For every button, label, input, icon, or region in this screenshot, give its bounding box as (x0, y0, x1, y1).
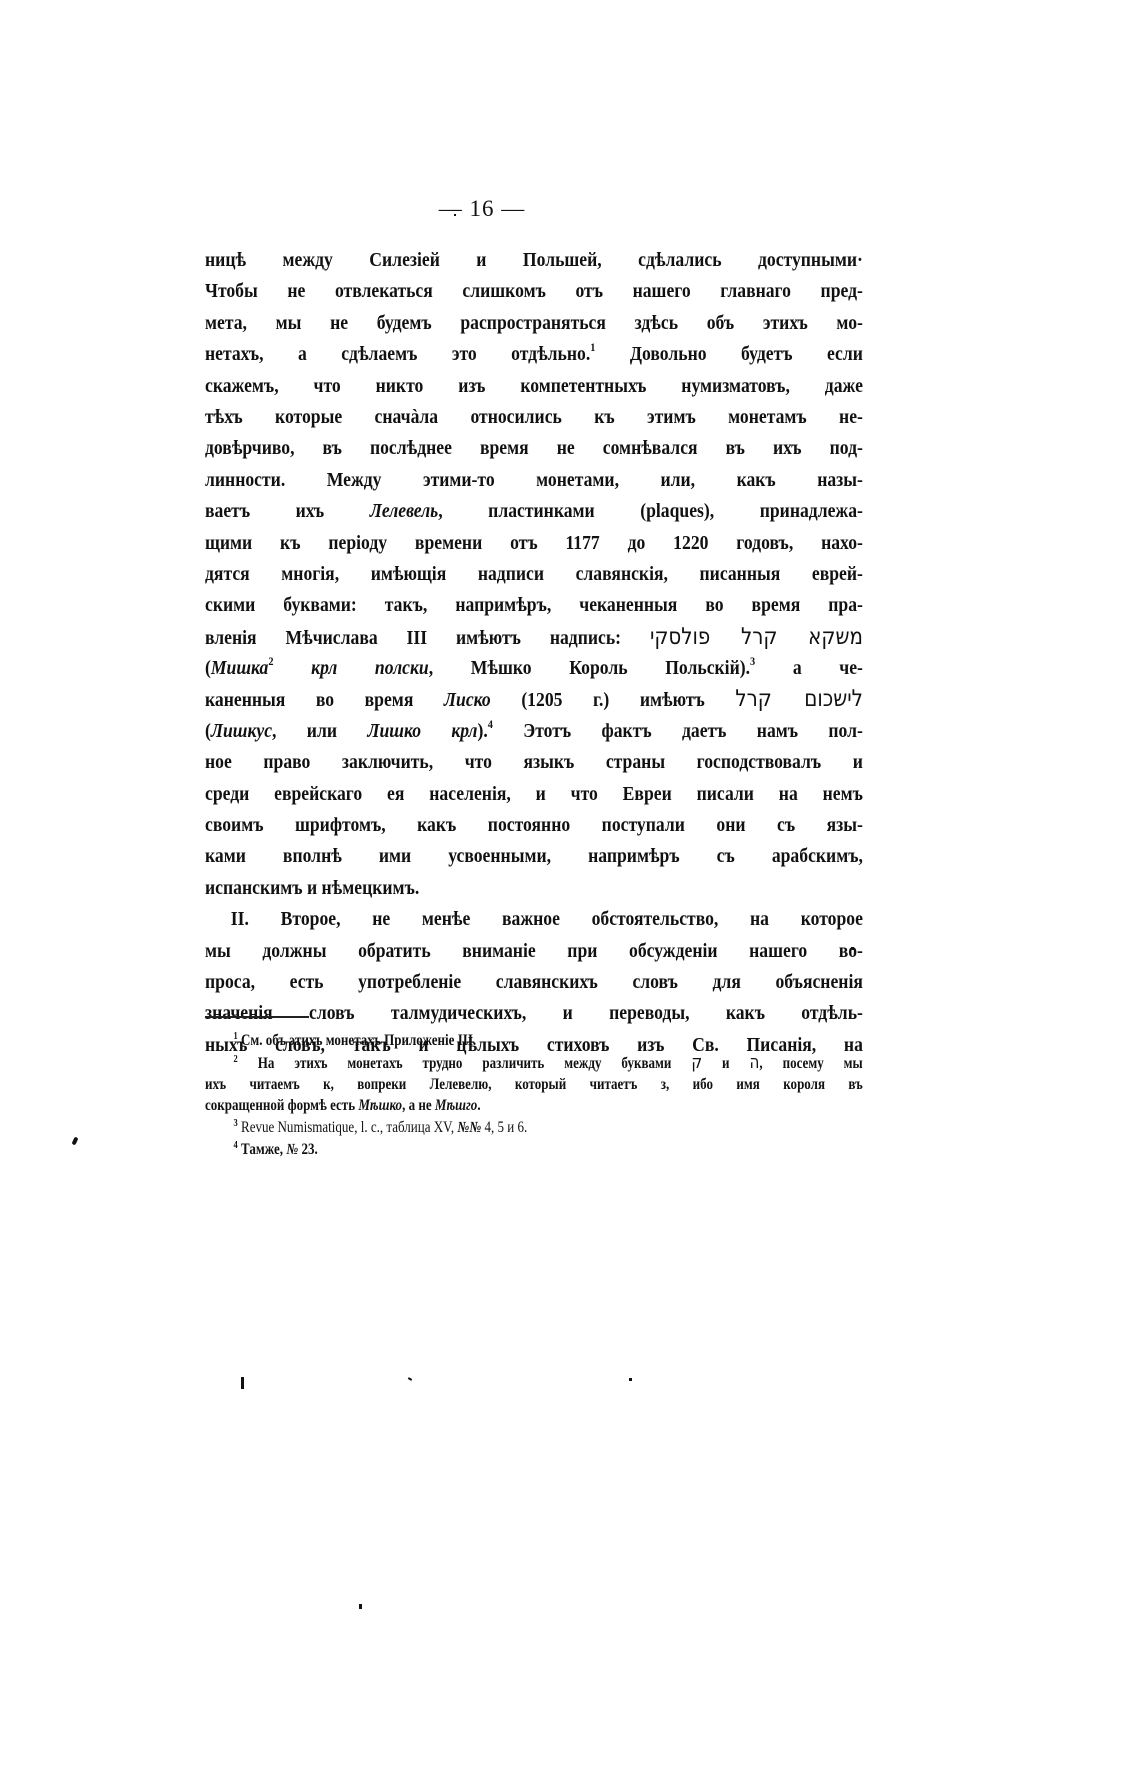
text-span: каненныя во время (205, 689, 413, 711)
text-span: ). (477, 720, 487, 742)
footnote-ref-2[interactable]: 2 (268, 654, 273, 668)
text-line: ваетъ ихъ Лелевель, пластинками (plaques… (205, 496, 863, 527)
footnote-2-cont: сокращенной формѣ есть Мѣшко, а не Мѣшго… (205, 1095, 863, 1117)
italic-transliteration: крл полски (311, 657, 429, 679)
text-span: , Мѣшко Король Польскій). (429, 657, 750, 679)
text-span: вленія Мѣчислава III имѣютъ надпись: (205, 627, 621, 649)
numero-sign: №№ (457, 1119, 481, 1136)
text-span: Довольно будетъ если (630, 343, 863, 365)
footnote-text: и (722, 1055, 730, 1072)
footnote-text: Тамже, (241, 1141, 283, 1158)
scan-speck (629, 1378, 632, 1381)
footnote-marker: 1 (234, 1031, 238, 1042)
footnote-text: 23. (301, 1141, 317, 1158)
text-line: своимъ шрифтомъ, какъ постоянно поступал… (205, 810, 863, 841)
footnotes: 1 См. объ этихъ монетахъ Приложеніе III.… (205, 1030, 863, 1161)
scan-speck (241, 1377, 244, 1389)
scan-speck (454, 214, 456, 216)
numero-sign: № (286, 1141, 298, 1158)
text-line: довѣрчиво, въ послѣднее время не сомнѣва… (205, 433, 863, 464)
text-line: скими буквами: такъ, напримѣръ, чеканенн… (205, 590, 863, 621)
hebrew-letter-he: ה (750, 1052, 760, 1073)
text-line: каненныя во время Лиско (1205 г.) имѣютъ… (205, 684, 863, 715)
text-line: дятся многія, имѣющія надписи славянскія… (205, 559, 863, 590)
text-line: линности. Между этими-то монетами, или, … (205, 465, 863, 496)
paragraph-start: II. Второе, не менѣе важное обстоятельст… (205, 904, 863, 935)
text-line: Чтобы не отвлекаться слишкомъ отъ нашего… (205, 276, 863, 307)
scan-speck (851, 947, 854, 950)
text-line: ное право заключить, что языкъ страны го… (205, 747, 863, 778)
footnote-text: На этихъ монетахъ трудно различить между… (258, 1055, 672, 1072)
italic-name: Мѣшко (358, 1097, 402, 1114)
text-line: вленія Мѣчислава III имѣютъ надпись: משק… (205, 622, 863, 653)
italic-transliteration: Мишка (211, 657, 268, 679)
footnote-text: . (477, 1097, 480, 1114)
footnote-text: См. объ этихъ монетахъ Приложеніе III. (241, 1032, 476, 1049)
italic-transliteration: Лишко крл (367, 720, 477, 742)
italic-name: Мѣшго (435, 1097, 477, 1114)
footnote-4: 4 Тамже, № 23. (205, 1139, 863, 1161)
italic-transliteration: Лишкус (211, 720, 272, 742)
hebrew-letter-qof: ק (691, 1052, 702, 1073)
text-span: нетахъ, а сдѣлаемъ это отдѣльно. (205, 343, 590, 365)
text-span: а че- (755, 657, 863, 679)
text-line: мета, мы не будемъ распространяться здѣс… (205, 308, 863, 339)
text-line: (Мишка2 крл полски, Мѣшко Король Польскі… (205, 653, 863, 684)
body-text: ницѣ между Силезіей и Польшей, сдѣлались… (205, 245, 863, 1061)
scan-speck (359, 1604, 362, 1609)
footnote-marker: 2 (234, 1054, 238, 1065)
hebrew-inscription: לישכום קרל (735, 686, 863, 712)
scan-speck (71, 1137, 78, 1146)
text-line: (Лишкус, или Лишко крл).4 Этотъ фактъ да… (205, 716, 863, 747)
text-line: нетахъ, а сдѣлаемъ это отдѣльно.1 Доволь… (205, 339, 863, 370)
text-line: щими къ періоду времени отъ 1177 до 1220… (205, 528, 863, 559)
text-span: , или (272, 720, 367, 742)
footnote-3: 3 Revue Numismatique, l. c., таблица XV,… (205, 1117, 863, 1139)
footnote-marker: 4 (234, 1140, 238, 1151)
scan-speck (408, 1377, 412, 1381)
text-line: испанскимъ и нѣмецкимъ. (205, 873, 863, 904)
text-span: (1205 г.) имѣютъ (491, 689, 705, 711)
page-number: — 16 — (0, 196, 964, 222)
text-line: проса, есть употребленіе славянскихъ сло… (205, 967, 863, 998)
text-line: тѣхъ которые сначàла относились къ этимъ… (205, 402, 863, 433)
footnote-text: 4, 5 и 6. (485, 1119, 528, 1136)
text-line: мы должны обратить вниманіе при обсужден… (205, 936, 863, 967)
footnote-2: 2 На этихъ монетахъ трудно различить меж… (205, 1052, 863, 1074)
italic-name: Лиско (444, 689, 491, 711)
footnote-divider (205, 1016, 309, 1018)
footnote-text: Revue Numismatique, l. c., таблица XV, (241, 1119, 454, 1136)
text-line: скажемъ, что никто изъ компетентныхъ нум… (205, 371, 863, 402)
footnote-marker: 3 (234, 1118, 238, 1129)
text-span: , пластинками (plaques), принадлежа- (438, 500, 863, 522)
footnote-text: сокращенной формѣ есть (205, 1097, 358, 1114)
text-line: среди еврейскаго ея населенія, и что Евр… (205, 779, 863, 810)
footnote-text: , посему мы (759, 1055, 862, 1072)
text-span: Этотъ фактъ даетъ намъ пол- (493, 720, 863, 742)
text-span: ваетъ ихъ (205, 500, 324, 522)
italic-name: Лелевель (370, 500, 439, 522)
text-line: значенія словъ талмудическихъ, и перевод… (205, 998, 863, 1029)
footnote-ref-1[interactable]: 1 (590, 340, 595, 354)
footnote-text: , а не (402, 1097, 435, 1114)
hebrew-inscription: משקא קרל פולסקי (650, 624, 863, 650)
text-line: ками вполнѣ ими усвоенными, напримѣръ съ… (205, 841, 863, 872)
footnote-2-cont: ихъ читаемъ к, вопреки Лелевелю, который… (205, 1074, 863, 1096)
text-line: ницѣ между Силезіей и Польшей, сдѣлались… (205, 245, 863, 276)
footnote-1: 1 См. объ этихъ монетахъ Приложеніе III. (205, 1030, 863, 1052)
